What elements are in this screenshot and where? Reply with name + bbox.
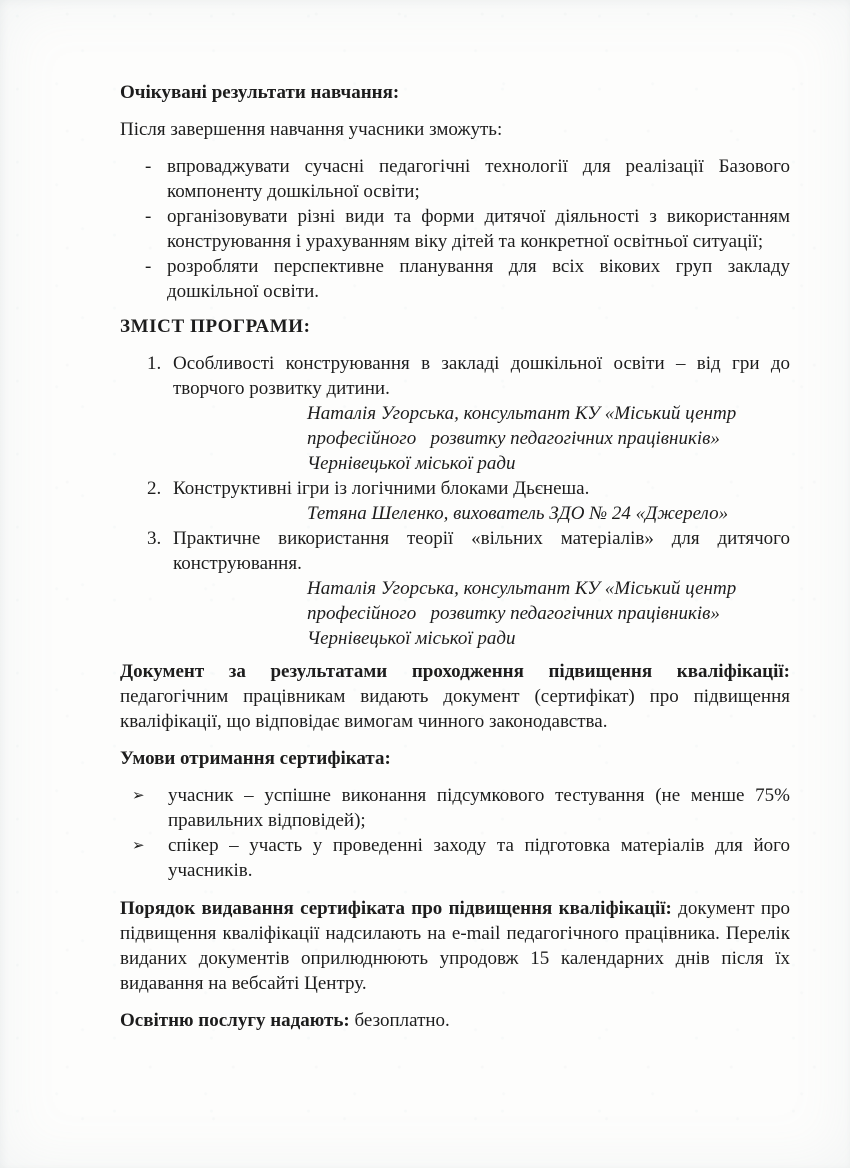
section-heading-program-content: ЗМІСТ ПРОГРАМИ: <box>120 314 790 339</box>
document-content: Очікувані результати навчання: Після зав… <box>120 80 790 1045</box>
arrow-bullet-icon: ➢ <box>120 833 168 883</box>
document-result-lead: Документ за результатами проходження під… <box>120 661 790 682</box>
certificate-issuance-paragraph: Порядок видавання сертифіката про підвищ… <box>120 896 790 996</box>
program-topic: 1. Особливості конструювання в закладі д… <box>120 351 790 401</box>
program-topic: 3. Практичне використання теорії «вільни… <box>120 526 790 576</box>
topic-number: 1. <box>120 351 173 401</box>
topic-text: Особливості конструювання в закладі дошк… <box>173 351 790 401</box>
document-result-rest: педагогічним працівникам видають докумен… <box>120 686 790 732</box>
speaker-attribution-line: Наталія Угорська, консультант КУ «Міськи… <box>120 576 790 601</box>
dash-bullet: - <box>120 154 167 204</box>
intro-paragraph: Після завершення навчання учасники зможу… <box>120 117 790 142</box>
condition-text: спікер – участь у проведенні заходу та п… <box>168 833 790 883</box>
list-item-text: організовувати різні види та форми дитяч… <box>167 204 790 254</box>
list-item-text: розробляти перспективне планування для в… <box>167 254 790 304</box>
program-topic: 2. Конструктивні ігри із логічними блока… <box>120 476 790 501</box>
speaker-attribution-line: професійного розвитку педагогічних праці… <box>120 426 790 451</box>
service-cost-rest: безоплатно. <box>350 1010 450 1031</box>
speaker-attribution-line: Чернівецької міської ради <box>120 451 790 476</box>
certificate-conditions-list: ➢ учасник – успішне виконання підсумково… <box>120 783 790 883</box>
list-item: - розробляти перспективне планування для… <box>120 254 790 304</box>
condition-item: ➢ спікер – участь у проведенні заходу та… <box>120 833 790 883</box>
section-heading-certificate-conditions: Умови отримання сертифіката: <box>120 746 790 771</box>
service-cost-paragraph: Освітню послугу надають: безоплатно. <box>120 1008 790 1033</box>
certificate-issuance-lead: Порядок видавання сертифіката про підвищ… <box>120 898 672 919</box>
speaker-attribution-line: Наталія Угорська, консультант КУ «Міськи… <box>120 401 790 426</box>
arrow-bullet-icon: ➢ <box>120 783 168 833</box>
service-cost-lead: Освітню послугу надають: <box>120 1010 350 1031</box>
dash-bullet: - <box>120 204 167 254</box>
section-heading-expected-results: Очікувані результати навчання: <box>120 80 790 105</box>
program-topic-list: 1. Особливості конструювання в закладі д… <box>120 351 790 651</box>
document-result-paragraph: Документ за результатами проходження під… <box>120 659 790 734</box>
list-item: - впроваджувати сучасні педагогічні техн… <box>120 154 790 204</box>
topic-text: Практичне використання теорії «вільних м… <box>173 526 790 576</box>
speaker-attribution-line: Чернівецької міської ради <box>120 626 790 651</box>
list-item: - організовувати різні види та форми дит… <box>120 204 790 254</box>
topic-text: Конструктивні ігри із логічними блоками … <box>173 476 790 501</box>
condition-item: ➢ учасник – успішне виконання підсумково… <box>120 783 790 833</box>
topic-number: 2. <box>120 476 173 501</box>
list-item-text: впроваджувати сучасні педагогічні технол… <box>167 154 790 204</box>
scanned-document-page: Очікувані результати навчання: Після зав… <box>0 0 850 1168</box>
topic-number: 3. <box>120 526 173 576</box>
speaker-attribution-line: Тетяна Шеленко, вихователь ЗДО № 24 «Дже… <box>120 501 790 526</box>
expected-results-list: - впроваджувати сучасні педагогічні техн… <box>120 154 790 304</box>
speaker-attribution-line: професійного розвитку педагогічних праці… <box>120 601 790 626</box>
condition-text: учасник – успішне виконання підсумкового… <box>168 783 790 833</box>
dash-bullet: - <box>120 254 167 304</box>
